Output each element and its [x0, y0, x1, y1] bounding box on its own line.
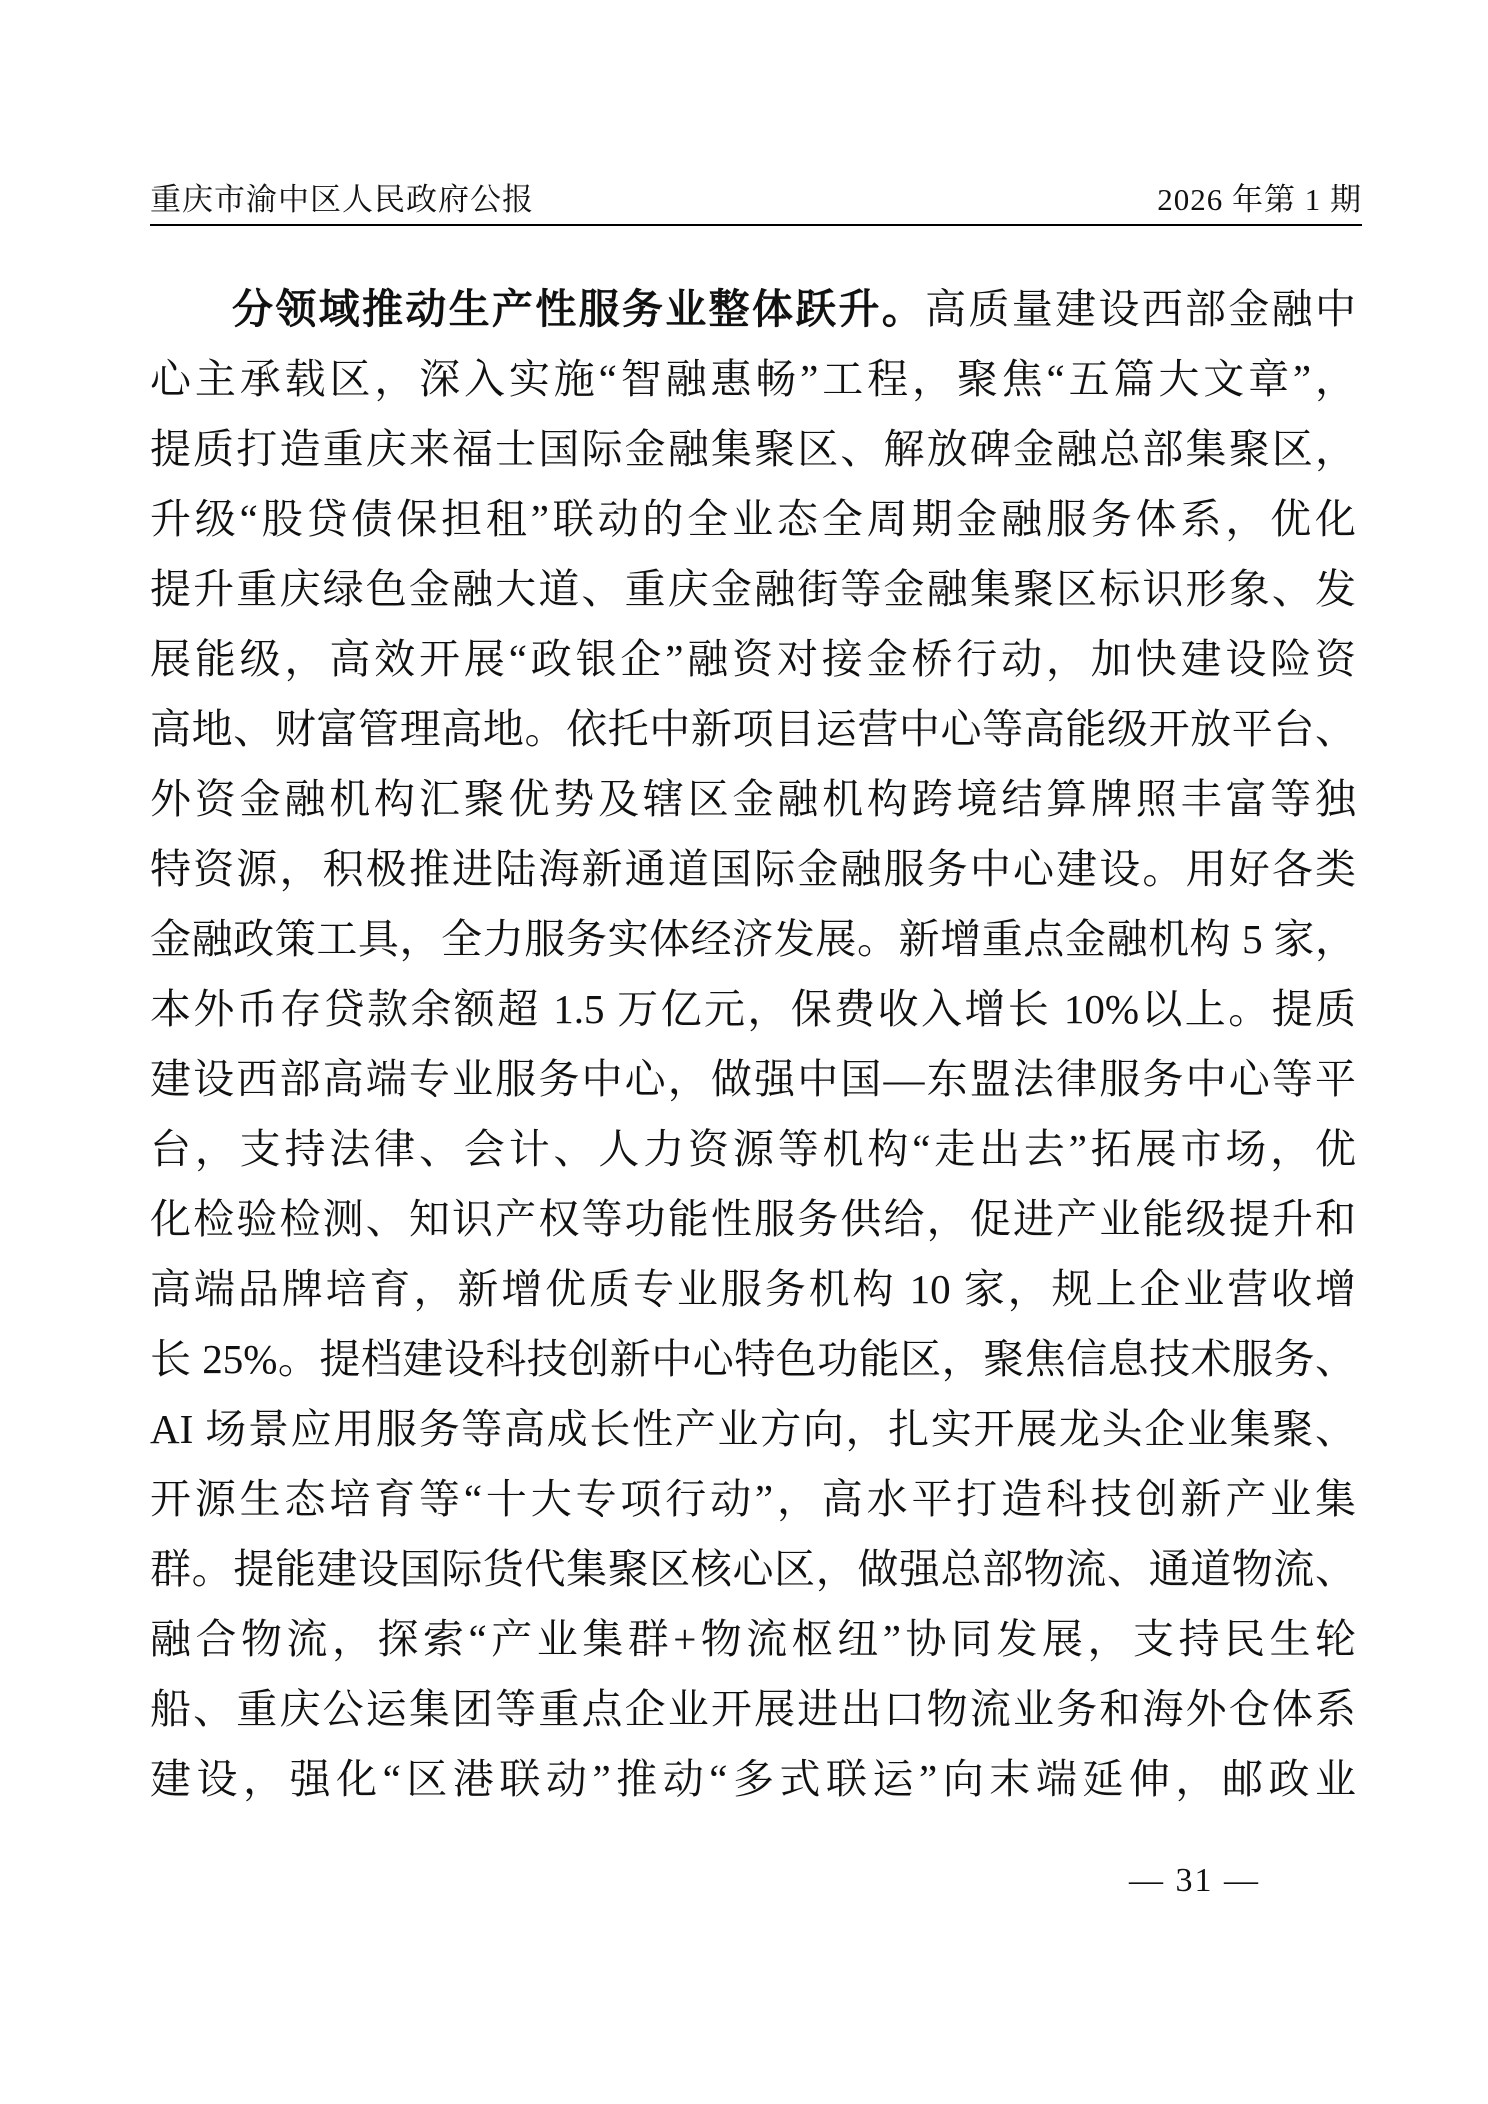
text-line: 展能级，高效开展“政银企”融资对接金桥行动，加快建设险资	[150, 624, 1356, 694]
text-line: 融合物流，探索“产业集群+物流枢纽”协同发展，支持民生轮	[150, 1604, 1356, 1674]
text-line: AI 场景应用服务等高成长性产业方向，扎实开展龙头企业集聚、	[150, 1394, 1356, 1464]
text-line: 化检验检测、知识产权等功能性服务供给，促进产业能级提升和	[150, 1184, 1356, 1254]
document-body: 分领域推动生产性服务业整体跃升。高质量建设西部金融中心主承载区，深入实施“智融惠…	[150, 274, 1356, 1814]
text-line: 金融政策工具，全力服务实体经济发展。新增重点金融机构 5 家，	[150, 904, 1356, 974]
text-line: 特资源，积极推进陆海新通道国际金融服务中心建设。用好各类	[150, 834, 1356, 904]
text-line: 开源生态培育等“十大专项行动”，高水平打造科技创新产业集	[150, 1464, 1356, 1534]
body-lines: 分领域推动生产性服务业整体跃升。高质量建设西部金融中心主承载区，深入实施“智融惠…	[150, 274, 1356, 1814]
text-line: 本外币存贷款余额超 1.5 万亿元，保费收入增长 10%以上。提质	[150, 974, 1356, 1044]
text-line: 台，支持法律、会计、人力资源等机构“走出去”拓展市场，优	[150, 1114, 1356, 1184]
header-rule	[150, 224, 1362, 226]
text-line: 心主承载区，深入实施“智融惠畅”工程，聚焦“五篇大文章”，	[150, 344, 1356, 414]
text-line: 高端品牌培育，新增优质专业服务机构 10 家，规上企业营收增	[150, 1254, 1356, 1324]
text-line: 群。提能建设国际货代集聚区核心区，做强总部物流、通道物流、	[150, 1534, 1356, 1604]
text-line: 分领域推动生产性服务业整体跃升。高质量建设西部金融中	[150, 274, 1356, 344]
page-number: — 31 —	[1129, 1862, 1260, 1900]
text-line: 升级“股贷债保担租”联动的全业态全周期金融服务体系，优化	[150, 484, 1356, 554]
text-line: 建设西部高端专业服务中心，做强中国—东盟法律服务中心等平	[150, 1044, 1356, 1114]
text-line: 高地、财富管理高地。依托中新项目运营中心等高能级开放平台、	[150, 694, 1356, 764]
text-line: 提升重庆绿色金融大道、重庆金融街等金融集聚区标识形象、发	[150, 554, 1356, 624]
header-publication-title: 重庆市渝中区人民政府公报	[150, 182, 534, 218]
text-line: 船、重庆公运集团等重点企业开展进出口物流业务和海外仓体系	[150, 1674, 1356, 1744]
text-line: 提质打造重庆来福士国际金融集聚区、解放碑金融总部集聚区，	[150, 414, 1356, 484]
page-header: 重庆市渝中区人民政府公报 2026 年第 1 期	[150, 182, 1362, 218]
text-line: 建设，强化“区港联动”推动“多式联运”向末端延伸，邮政业	[150, 1744, 1356, 1814]
gazette-page: 重庆市渝中区人民政府公报 2026 年第 1 期 分领域推动生产性服务业整体跃升…	[0, 0, 1488, 2104]
header-issue-label: 2026 年第 1 期	[1157, 182, 1362, 218]
paragraph-lead-bold: 分领域推动生产性服务业整体跃升。	[232, 286, 925, 332]
text-line: 长 25%。提档建设科技创新中心特色功能区，聚焦信息技术服务、	[150, 1324, 1356, 1394]
text-line: 外资金融机构汇聚优势及辖区金融机构跨境结算牌照丰富等独	[150, 764, 1356, 834]
